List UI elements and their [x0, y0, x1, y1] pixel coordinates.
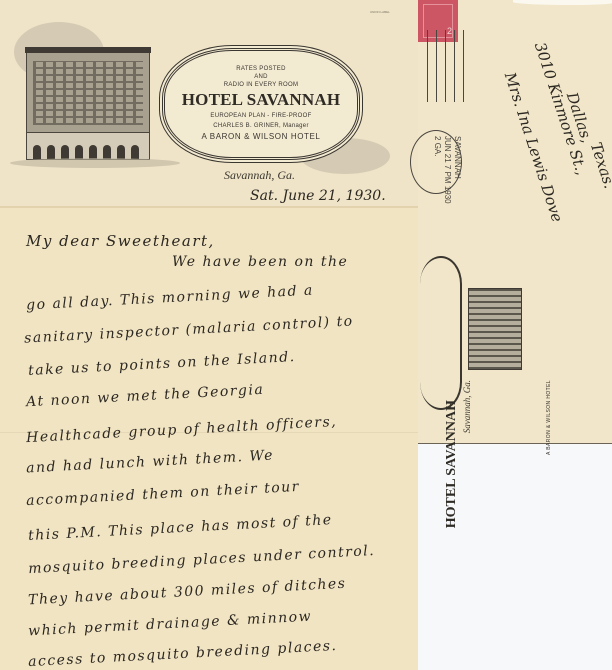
- letter-line: We have been on the: [172, 254, 348, 270]
- letterhead-city: Savannah, Ga.: [224, 168, 295, 183]
- postmark-time: 7 PM: [443, 165, 452, 184]
- letter-page: RATES POSTED AND RADIO IN EVERY ROOM HOT…: [0, 0, 418, 670]
- torn-edge: [513, 0, 612, 5]
- letter-line: sanitary inspector (malaria control) to: [24, 313, 354, 346]
- letter-line: mosquito breeding places under control.: [28, 543, 376, 577]
- and-text: AND: [165, 73, 357, 81]
- envelope: 2 SAVANNAH JUN 21 7 PM 1930 2 GA. Mrs. I…: [418, 0, 612, 444]
- letter-line: take us to points on the Island.: [28, 349, 296, 379]
- postmark-date: JUN 21: [443, 136, 452, 163]
- fold-line: [0, 206, 418, 208]
- letter-line: Healthcade group of health officers,: [26, 414, 338, 446]
- hotel-badge: RATES POSTED AND RADIO IN EVERY ROOM HOT…: [162, 48, 360, 160]
- postmark-state: GA.: [433, 143, 442, 157]
- postmark-year: 1930: [443, 186, 452, 204]
- printer-mark: UNION LABEL: [370, 10, 390, 14]
- return-logo-frame: [420, 256, 462, 410]
- hotel-building-illustration: [26, 50, 150, 160]
- return-hotel-name: HOTEL SAVANNAH: [444, 400, 460, 528]
- postmark-city: SAVANNAH: [453, 136, 462, 179]
- postmark-station: 2: [433, 136, 442, 140]
- letter-date: Sat. June 21, 1930.: [250, 188, 386, 204]
- return-city: Savannah, Ga.: [462, 380, 472, 433]
- return-building-illustration: [468, 288, 522, 370]
- plan-text: EUROPEAN PLAN - FIRE-PROOF: [165, 112, 357, 120]
- letter-line: accompanied them on their tour: [26, 479, 301, 509]
- letter-line: and had lunch with them. We: [26, 448, 275, 477]
- radio-text: RADIO IN EVERY ROOM: [165, 81, 357, 89]
- salutation: My dear Sweetheart,: [26, 232, 215, 250]
- illustration-ground: [10, 158, 180, 168]
- hotel-name: HOTEL SAVANNAH: [165, 90, 357, 110]
- letter-line: At noon we met the Georgia: [26, 382, 265, 410]
- return-brand: A BARON & WILSON HOTEL: [546, 380, 552, 455]
- postmark: SAVANNAH JUN 21 7 PM 1930 2 GA.: [432, 136, 462, 196]
- letter-line: which permit drainage & minnow: [28, 609, 313, 640]
- letter-line: go all day. This morning we had a: [26, 282, 314, 313]
- manager-text: CHARLES B. GRINER, Manager: [165, 122, 357, 130]
- letter-line: access to mosquito breeding places.: [28, 638, 338, 670]
- cancellation-lines: [421, 30, 465, 102]
- letter-line: this P.M. This place has most of the: [28, 512, 333, 544]
- rates-posted: RATES POSTED: [165, 65, 357, 73]
- address-state: Texas.: [587, 140, 612, 191]
- brand-text: A BARON & WILSON HOTEL: [165, 132, 357, 141]
- letterhead: RATES POSTED AND RADIO IN EVERY ROOM HOT…: [0, 0, 418, 206]
- letter-line: They have about 300 miles of ditches: [28, 576, 347, 609]
